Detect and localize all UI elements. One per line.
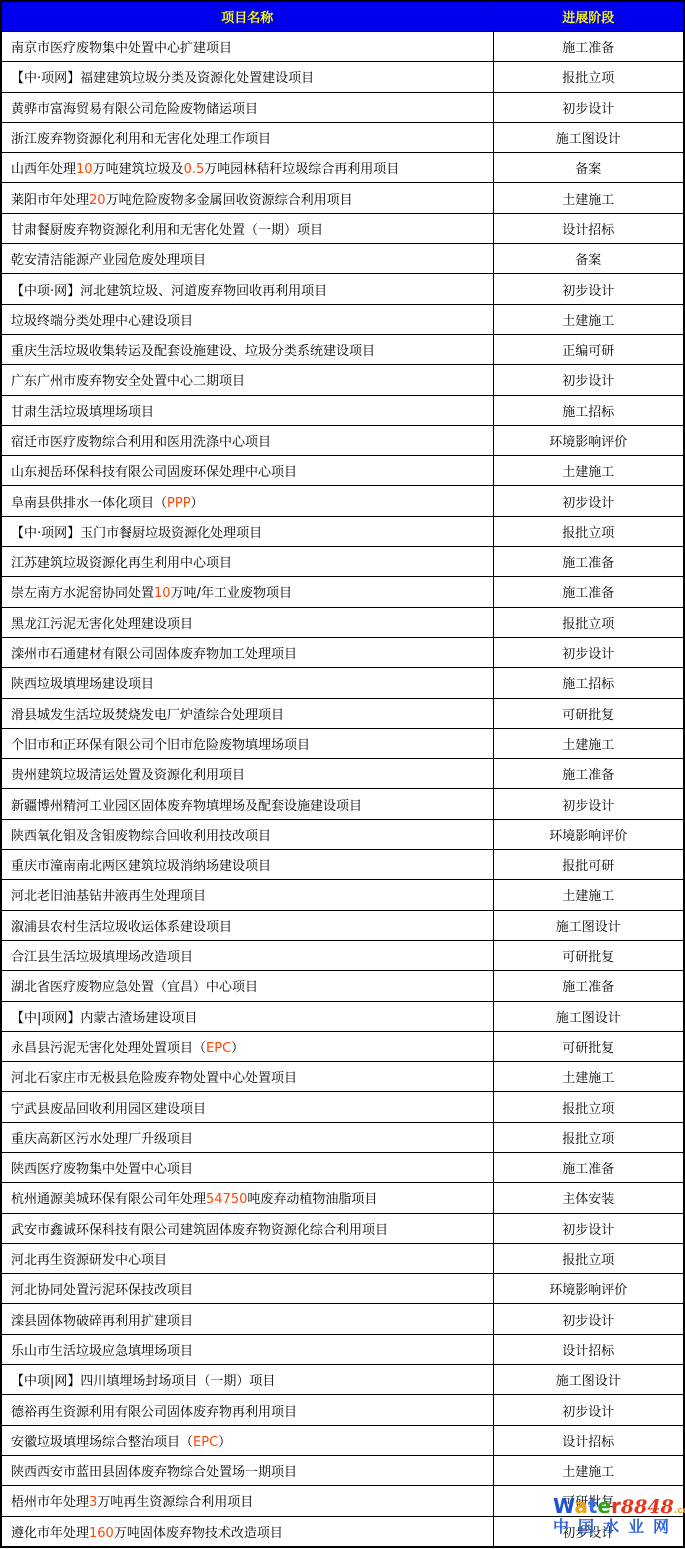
- progress-stage-cell: 设计招标: [493, 213, 684, 243]
- table-row[interactable]: 崇左南方水泥窑协同处置10万吨/年工业废物项目 施工准备: [1, 577, 684, 607]
- table-row[interactable]: 陕西氧化钼及含钼废物综合回收利用技改项目 环境影响评价: [1, 819, 684, 849]
- table-row[interactable]: 杭州通源美城环保有限公司年处理54750吨废弃动植物油脂项目 主体安装: [1, 1183, 684, 1213]
- progress-stage-cell: 土建施工: [493, 183, 684, 213]
- col-header-progress-stage: 进展阶段: [493, 1, 684, 32]
- progress-stage-cell: 设计招标: [493, 1334, 684, 1364]
- progress-stage-cell: 报批立项: [493, 516, 684, 546]
- project-name-cell[interactable]: 重庆市潼南南北两区建筑垃圾消纳场建设项目: [1, 850, 493, 880]
- table-row[interactable]: 安徽垃圾填埋场综合整治项目（EPC） 设计招标: [1, 1425, 684, 1455]
- table-row[interactable]: 山东昶岳环保科技有限公司固废环保处理中心项目 土建施工: [1, 456, 684, 486]
- progress-stage-cell: 初步设计: [493, 1213, 684, 1243]
- table-row[interactable]: 宿迁市医疗废物综合利用和医用洗涤中心项目 环境影响评价: [1, 425, 684, 455]
- project-name-cell[interactable]: 甘肃餐厨废弃物资源化利用和无害化处置（一期）项目: [1, 213, 493, 243]
- table-row[interactable]: 乐山市生活垃圾应急填埋场项目 设计招标: [1, 1334, 684, 1364]
- project-name-cell[interactable]: 山东昶岳环保科技有限公司固废环保处理中心项目: [1, 456, 493, 486]
- progress-stage-cell: 环境影响评价: [493, 819, 684, 849]
- table-row[interactable]: 河北再生资源研发中心项目 报批立项: [1, 1243, 684, 1273]
- progress-stage-cell: 可研批复: [493, 698, 684, 728]
- project-name-cell[interactable]: 崇左南方水泥窑协同处置10万吨/年工业废物项目: [1, 577, 493, 607]
- progress-stage-cell: 施工准备: [493, 759, 684, 789]
- project-name-cell[interactable]: 新疆博州精河工业园区固体废弃物填埋场及配套设施建设项目: [1, 789, 493, 819]
- progress-stage-cell: 设计招标: [493, 1425, 684, 1455]
- project-name-cell[interactable]: 陕西医疗废物集中处置中心项目: [1, 1152, 493, 1182]
- table-row[interactable]: 贵州建筑垃圾清运处置及资源化利用项目 施工准备: [1, 759, 684, 789]
- table-row[interactable]: 【中·项网】玉门市餐厨垃圾资源化处理项目 报批立项: [1, 516, 684, 546]
- project-name-cell[interactable]: 永昌县污泥无害化处理处置项目（EPC）: [1, 1031, 493, 1061]
- progress-stage-cell: 施工准备: [493, 32, 684, 62]
- table-row[interactable]: 【中|项网】内蒙古渣场建设项目 施工图设计: [1, 1001, 684, 1031]
- project-name-cell[interactable]: 莱阳市年处理20万吨危险废物多金属回收资源综合利用项目: [1, 183, 493, 213]
- progress-stage-cell: 备案: [493, 153, 684, 183]
- table-row[interactable]: 河北老旧油基钻井液再生处理项目 土建施工: [1, 880, 684, 910]
- table-row[interactable]: 江苏建筑垃圾资源化再生利用中心项目 施工准备: [1, 547, 684, 577]
- header-row: 项目名称 进展阶段: [1, 1, 684, 32]
- table-row[interactable]: 乾安清洁能源产业园危废处理项目 备案: [1, 244, 684, 274]
- table-row[interactable]: 莱阳市年处理20万吨危险废物多金属回收资源综合利用项目 土建施工: [1, 183, 684, 213]
- projects-table: 项目名称 进展阶段 南京市医疗废物集中处置中心扩建项目 施工准备 【中·项网】福…: [0, 0, 685, 1548]
- project-name-cell[interactable]: 【中项·网】河北建筑垃圾、河道废弃物回收再利用项目: [1, 274, 493, 304]
- progress-stage-cell: 初步设计: [493, 1516, 684, 1547]
- project-name-cell[interactable]: 河北石家庄市无极县危险废弃物处置中心处置项目: [1, 1062, 493, 1092]
- progress-stage-cell: 施工准备: [493, 971, 684, 1001]
- project-name-cell[interactable]: 安徽垃圾填埋场综合整治项目（EPC）: [1, 1425, 493, 1455]
- progress-stage-cell: 施工图设计: [493, 1001, 684, 1031]
- project-name-cell[interactable]: 浙江废弃物资源化利用和无害化处理工作项目: [1, 122, 493, 152]
- progress-stage-cell: 初步设计: [493, 1304, 684, 1334]
- project-name-cell[interactable]: 陕西西安市蓝田县固体废弃物综合处置场一期项目: [1, 1455, 493, 1485]
- table-row[interactable]: 陕西西安市蓝田县固体废弃物综合处置场一期项目 土建施工: [1, 1455, 684, 1485]
- project-name-cell[interactable]: 河北协同处置污泥环保技改项目: [1, 1274, 493, 1304]
- table-row[interactable]: 甘肃生活垃圾填埋场项目 施工招标: [1, 395, 684, 425]
- project-name-cell[interactable]: 武安市鑫诚环保科技有限公司建筑固体废弃物资源化综合利用项目: [1, 1213, 493, 1243]
- project-name-cell[interactable]: 乐山市生活垃圾应急填埋场项目: [1, 1334, 493, 1364]
- project-name-cell[interactable]: 陕西氧化钼及含钼废物综合回收利用技改项目: [1, 819, 493, 849]
- project-name-cell[interactable]: 黑龙江污泥无害化处理建设项目: [1, 607, 493, 637]
- progress-stage-cell: 报批立项: [493, 1122, 684, 1152]
- project-name-cell[interactable]: 阜南县供排水一体化项目（PPP）: [1, 486, 493, 516]
- project-name-cell[interactable]: 【中|项网】内蒙古渣场建设项目: [1, 1001, 493, 1031]
- progress-stage-cell: 施工准备: [493, 547, 684, 577]
- progress-stage-cell: 可研批复: [493, 940, 684, 970]
- table-row[interactable]: 遵化市年处理160万吨固体废弃物技术改造项目 初步设计: [1, 1516, 684, 1547]
- project-name-cell[interactable]: 滑县城发生活垃圾焚烧发电厂炉渣综合处理项目: [1, 698, 493, 728]
- project-name-cell[interactable]: 甘肃生活垃圾填埋场项目: [1, 395, 493, 425]
- progress-stage-cell: 报批立项: [493, 1092, 684, 1122]
- project-name-cell[interactable]: 德裕再生资源利用有限公司固体废弃物再利用项目: [1, 1395, 493, 1425]
- table-row[interactable]: 湖北省医疗废物应急处置（宜昌）中心项目 施工准备: [1, 971, 684, 1001]
- table-row[interactable]: 滦州市石通建材有限公司固体废弃物加工处理项目 初步设计: [1, 637, 684, 667]
- project-name-cell[interactable]: 梧州市年处理3万吨再生资源综合利用项目: [1, 1486, 493, 1516]
- project-name-cell[interactable]: 乾安清洁能源产业园危废处理项目: [1, 244, 493, 274]
- table-row[interactable]: 广东广州市废弃物安全处置中心二期项目 初步设计: [1, 365, 684, 395]
- progress-stage-cell: 报批立项: [493, 1243, 684, 1273]
- progress-stage-cell: 施工图设计: [493, 910, 684, 940]
- progress-stage-cell: 土建施工: [493, 1062, 684, 1092]
- project-name-cell[interactable]: 贵州建筑垃圾清运处置及资源化利用项目: [1, 759, 493, 789]
- project-name-cell[interactable]: 宁武县废品回收利用园区建设项目: [1, 1092, 493, 1122]
- table-row[interactable]: 武安市鑫诚环保科技有限公司建筑固体废弃物资源化综合利用项目 初步设计: [1, 1213, 684, 1243]
- table-row[interactable]: 宁武县废品回收利用园区建设项目 报批立项: [1, 1092, 684, 1122]
- project-name-cell[interactable]: 宿迁市医疗废物综合利用和医用洗涤中心项目: [1, 425, 493, 455]
- progress-stage-cell: 环境影响评价: [493, 425, 684, 455]
- project-name-cell[interactable]: 南京市医疗废物集中处置中心扩建项目: [1, 32, 493, 62]
- progress-stage-cell: 备案: [493, 244, 684, 274]
- progress-stage-cell: 报批立项: [493, 62, 684, 92]
- progress-stage-cell: 初步设计: [493, 789, 684, 819]
- project-name-cell[interactable]: 杭州通源美城环保有限公司年处理54750吨废弃动植物油脂项目: [1, 1183, 493, 1213]
- project-name-cell[interactable]: 重庆高新区污水处理厂升级项目: [1, 1122, 493, 1152]
- project-name-cell[interactable]: 黄骅市富海贸易有限公司危险废物储运项目: [1, 92, 493, 122]
- project-name-cell[interactable]: 合江县生活垃圾填埋场改造项目: [1, 940, 493, 970]
- project-name-cell[interactable]: 陕西垃圾填埋场建设项目: [1, 668, 493, 698]
- table-row[interactable]: 德裕再生资源利用有限公司固体废弃物再利用项目 初步设计: [1, 1395, 684, 1425]
- table-row[interactable]: 【中项|网】四川填埋场封场项目（一期）项目 施工图设计: [1, 1365, 684, 1395]
- table-row[interactable]: 梧州市年处理3万吨再生资源综合利用项目 可研批复: [1, 1486, 684, 1516]
- project-name-cell[interactable]: 垃圾终端分类处理中心建设项目: [1, 304, 493, 334]
- progress-stage-cell: 主体安装: [493, 1183, 684, 1213]
- progress-stage-cell: 土建施工: [493, 728, 684, 758]
- progress-stage-cell: 施工准备: [493, 1152, 684, 1182]
- progress-stage-cell: 土建施工: [493, 456, 684, 486]
- table-row[interactable]: 黑龙江污泥无害化处理建设项目 报批立项: [1, 607, 684, 637]
- table-row[interactable]: 重庆高新区污水处理厂升级项目 报批立项: [1, 1122, 684, 1152]
- progress-stage-cell: 施工招标: [493, 668, 684, 698]
- progress-stage-cell: 施工图设计: [493, 122, 684, 152]
- table-row[interactable]: 重庆生活垃圾收集转运及配套设施建设、垃圾分类系统建设项目 正编可研: [1, 334, 684, 364]
- table-row[interactable]: 溆浦县农村生活垃圾收运体系建设项目 施工图设计: [1, 910, 684, 940]
- progress-stage-cell: 施工准备: [493, 577, 684, 607]
- project-name-cell[interactable]: 湖北省医疗废物应急处置（宜昌）中心项目: [1, 971, 493, 1001]
- table-row[interactable]: 滑县城发生活垃圾焚烧发电厂炉渣综合处理项目 可研批复: [1, 698, 684, 728]
- progress-stage-cell: 环境影响评价: [493, 1274, 684, 1304]
- project-name-cell[interactable]: 遵化市年处理160万吨固体废弃物技术改造项目: [1, 1516, 493, 1547]
- project-name-cell[interactable]: 广东广州市废弃物安全处置中心二期项目: [1, 365, 493, 395]
- col-header-project-name: 项目名称: [1, 1, 493, 32]
- project-name-cell[interactable]: 河北再生资源研发中心项目: [1, 1243, 493, 1273]
- table-row[interactable]: 阜南县供排水一体化项目（PPP） 初步设计: [1, 486, 684, 516]
- table-row[interactable]: 新疆博州精河工业园区固体废弃物填埋场及配套设施建设项目 初步设计: [1, 789, 684, 819]
- table-row[interactable]: 【中项·网】河北建筑垃圾、河道废弃物回收再利用项目 初步设计: [1, 274, 684, 304]
- table-row[interactable]: 陕西垃圾填埋场建设项目 施工招标: [1, 668, 684, 698]
- progress-stage-cell: 初步设计: [493, 274, 684, 304]
- progress-stage-cell: 土建施工: [493, 880, 684, 910]
- progress-stage-cell: 报批可研: [493, 850, 684, 880]
- table-row[interactable]: 山西年处理10万吨建筑垃圾及0.5万吨园林秸秆垃圾综合再利用项目 备案: [1, 153, 684, 183]
- progress-stage-cell: 施工招标: [493, 395, 684, 425]
- progress-stage-cell: 正编可研: [493, 334, 684, 364]
- project-name-cell[interactable]: 个旧市和正环保有限公司个旧市危险废物填埋场项目: [1, 728, 493, 758]
- progress-stage-cell: 初步设计: [493, 637, 684, 667]
- project-name-cell[interactable]: 【中·项网】福建建筑垃圾分类及资源化处置建设项目: [1, 62, 493, 92]
- table-row[interactable]: 南京市医疗废物集中处置中心扩建项目 施工准备: [1, 32, 684, 62]
- project-name-cell[interactable]: 河北老旧油基钻井液再生处理项目: [1, 880, 493, 910]
- table-row[interactable]: 滦县固体物破碎再利用扩建项目 初步设计: [1, 1304, 684, 1334]
- progress-stage-cell: 初步设计: [493, 92, 684, 122]
- progress-stage-cell: 初步设计: [493, 365, 684, 395]
- project-name-cell[interactable]: 【中项|网】四川填埋场封场项目（一期）项目: [1, 1365, 493, 1395]
- table-row[interactable]: 重庆市潼南南北两区建筑垃圾消纳场建设项目 报批可研: [1, 850, 684, 880]
- project-name-cell[interactable]: 溆浦县农村生活垃圾收运体系建设项目: [1, 910, 493, 940]
- project-name-cell[interactable]: 滦州市石通建材有限公司固体废弃物加工处理项目: [1, 637, 493, 667]
- table-row[interactable]: 黄骅市富海贸易有限公司危险废物储运项目 初步设计: [1, 92, 684, 122]
- table-row[interactable]: 合江县生活垃圾填埋场改造项目 可研批复: [1, 940, 684, 970]
- progress-stage-cell: 可研批复: [493, 1486, 684, 1516]
- project-name-cell[interactable]: 滦县固体物破碎再利用扩建项目: [1, 1304, 493, 1334]
- table-row[interactable]: 河北石家庄市无极县危险废弃物处置中心处置项目 土建施工: [1, 1062, 684, 1092]
- progress-stage-cell: 初步设计: [493, 1395, 684, 1425]
- table-row[interactable]: 【中·项网】福建建筑垃圾分类及资源化处置建设项目 报批立项: [1, 62, 684, 92]
- progress-stage-cell: 可研批复: [493, 1031, 684, 1061]
- table-row[interactable]: 甘肃餐厨废弃物资源化利用和无害化处置（一期）项目 设计招标: [1, 213, 684, 243]
- progress-stage-cell: 报批立项: [493, 607, 684, 637]
- table-row[interactable]: 个旧市和正环保有限公司个旧市危险废物填埋场项目 土建施工: [1, 728, 684, 758]
- project-name-cell[interactable]: 江苏建筑垃圾资源化再生利用中心项目: [1, 547, 493, 577]
- project-name-cell[interactable]: 【中·项网】玉门市餐厨垃圾资源化处理项目: [1, 516, 493, 546]
- project-name-cell[interactable]: 山西年处理10万吨建筑垃圾及0.5万吨园林秸秆垃圾综合再利用项目: [1, 153, 493, 183]
- table-row[interactable]: 垃圾终端分类处理中心建设项目 土建施工: [1, 304, 684, 334]
- progress-stage-cell: 土建施工: [493, 1455, 684, 1485]
- table-row[interactable]: 河北协同处置污泥环保技改项目 环境影响评价: [1, 1274, 684, 1304]
- progress-stage-cell: 施工图设计: [493, 1365, 684, 1395]
- progress-stage-cell: 初步设计: [493, 486, 684, 516]
- progress-stage-cell: 土建施工: [493, 304, 684, 334]
- project-name-cell[interactable]: 重庆生活垃圾收集转运及配套设施建设、垃圾分类系统建设项目: [1, 334, 493, 364]
- table-row[interactable]: 永昌县污泥无害化处理处置项目（EPC） 可研批复: [1, 1031, 684, 1061]
- table-row[interactable]: 浙江废弃物资源化利用和无害化处理工作项目 施工图设计: [1, 122, 684, 152]
- table-row[interactable]: 陕西医疗废物集中处置中心项目 施工准备: [1, 1152, 684, 1182]
